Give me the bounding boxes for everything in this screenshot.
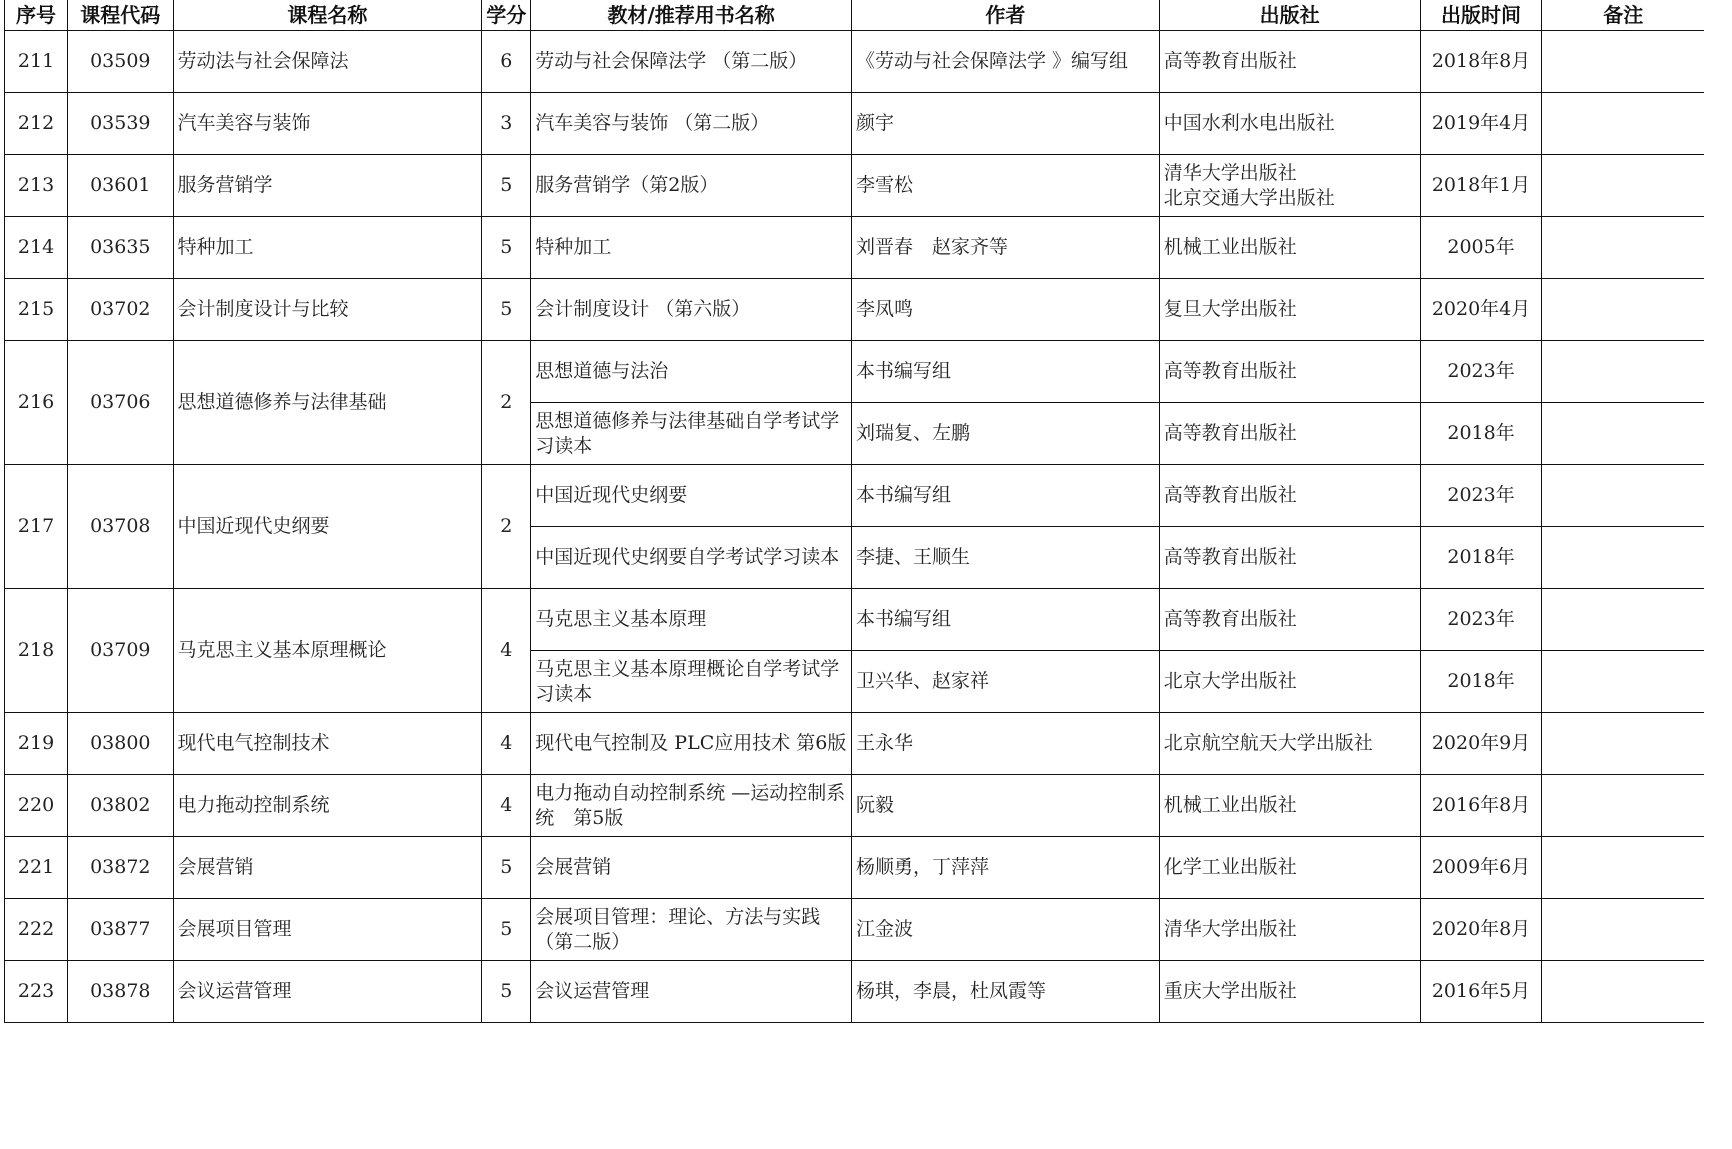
note-cell [1542,341,1704,403]
publisher-cell: 化学工业出版社 [1159,837,1420,899]
note-cell [1542,775,1704,837]
author-cell: 李雪松 [852,155,1160,217]
header-publisher: 出版社 [1159,0,1420,31]
book-title-cell: 服务营销学（第2版） [531,155,852,217]
note-cell [1542,217,1704,279]
table-row: 218 03709 马克思主义基本原理概论 4 马克思主义基本原理 本书编写组 … [5,589,1705,651]
seq-cell: 223 [5,961,68,1023]
code-cell: 03800 [68,713,173,775]
code-cell: 03702 [68,279,173,341]
date-cell: 2018年 [1420,527,1542,589]
credit-cell: 5 [482,279,531,341]
publisher-cell: 高等教育出版社 [1159,589,1420,651]
author-cell: 杨顺勇，丁萍萍 [852,837,1160,899]
note-cell [1542,403,1704,465]
seq-cell: 219 [5,713,68,775]
table-row: 216 03706 思想道德修养与法律基础 2 思想道德与法治 本书编写组 高等… [5,341,1705,403]
table-row: 219 03800 现代电气控制技术 4 现代电气控制及 PLC应用技术 第6版… [5,713,1705,775]
table-row: 211 03509 劳动法与社会保障法 6 劳动与社会保障法学 （第二版） 《劳… [5,31,1705,93]
date-cell: 2009年6月 [1420,837,1542,899]
course-cell: 服务营销学 [173,155,482,217]
publisher-cell: 重庆大学出版社 [1159,961,1420,1023]
book-title-cell: 会议运营管理 [531,961,852,1023]
publisher-cell: 高等教育出版社 [1159,465,1420,527]
date-cell: 2019年4月 [1420,93,1542,155]
seq-cell: 217 [5,465,68,589]
code-cell: 03709 [68,589,173,713]
author-cell: 颜宇 [852,93,1160,155]
note-cell [1542,93,1704,155]
publisher-cell: 机械工业出版社 [1159,775,1420,837]
table-row: 220 03802 电力拖动控制系统 4 电力拖动自动控制系统 —运动控制系统 … [5,775,1705,837]
header-author: 作者 [852,0,1160,31]
course-cell: 现代电气控制技术 [173,713,482,775]
course-cell: 会议运营管理 [173,961,482,1023]
seq-cell: 216 [5,341,68,465]
author-cell: 本书编写组 [852,341,1160,403]
header-note: 备注 [1542,0,1704,31]
author-cell: 李捷、王顺生 [852,527,1160,589]
publisher-cell: 高等教育出版社 [1159,341,1420,403]
code-cell: 03872 [68,837,173,899]
note-cell [1542,837,1704,899]
credit-cell: 4 [482,775,531,837]
book-title-cell: 现代电气控制及 PLC应用技术 第6版 [531,713,852,775]
header-code: 课程代码 [68,0,173,31]
author-cell: 刘晋春 赵家齐等 [852,217,1160,279]
date-cell: 2023年 [1420,589,1542,651]
table-row: 217 03708 中国近现代史纲要 2 中国近现代史纲要 本书编写组 高等教育… [5,465,1705,527]
course-cell: 中国近现代史纲要 [173,465,482,589]
credit-cell: 5 [482,217,531,279]
author-cell: 本书编写组 [852,589,1160,651]
note-cell [1542,899,1704,961]
header-row: 序号 课程代码 课程名称 学分 教材/推荐用书名称 作者 出版社 出版时间 备注 [5,0,1705,31]
author-cell: 本书编写组 [852,465,1160,527]
header-date: 出版时间 [1420,0,1542,31]
credit-cell: 2 [482,465,531,589]
table-row: 214 03635 特种加工 5 特种加工 刘晋春 赵家齐等 机械工业出版社 2… [5,217,1705,279]
book-title-cell: 会计制度设计 （第六版） [531,279,852,341]
date-cell: 2018年 [1420,651,1542,713]
table-row: 222 03877 会展项目管理 5 会展项目管理：理论、方法与实践（第二版） … [5,899,1705,961]
code-cell: 03878 [68,961,173,1023]
publisher-line-2: 北京交通大学出版社 [1164,186,1416,211]
note-cell [1542,279,1704,341]
table-row: 212 03539 汽车美容与装饰 3 汽车美容与装饰 （第二版） 颜宇 中国水… [5,93,1705,155]
book-title-cell: 特种加工 [531,217,852,279]
course-cell: 劳动法与社会保障法 [173,31,482,93]
date-cell: 2020年8月 [1420,899,1542,961]
note-cell [1542,713,1704,775]
seq-cell: 221 [5,837,68,899]
publisher-cell: 清华大学出版社 [1159,899,1420,961]
course-cell: 特种加工 [173,217,482,279]
note-cell [1542,589,1704,651]
date-cell: 2020年9月 [1420,713,1542,775]
note-cell [1542,465,1704,527]
publisher-cell: 复旦大学出版社 [1159,279,1420,341]
credit-cell: 4 [482,713,531,775]
table-row: 223 03878 会议运营管理 5 会议运营管理 杨琪，李晨，杜凤霞等 重庆大… [5,961,1705,1023]
note-cell [1542,31,1704,93]
code-cell: 03706 [68,341,173,465]
publisher-cell: 高等教育出版社 [1159,403,1420,465]
seq-cell: 218 [5,589,68,713]
author-cell: 江金波 [852,899,1160,961]
credit-cell: 2 [482,341,531,465]
publisher-cell: 机械工业出版社 [1159,217,1420,279]
header-credit: 学分 [482,0,531,31]
table-row: 221 03872 会展营销 5 会展营销 杨顺勇，丁萍萍 化学工业出版社 20… [5,837,1705,899]
book-title-cell: 电力拖动自动控制系统 —运动控制系统 第5版 [531,775,852,837]
book-title-cell: 劳动与社会保障法学 （第二版） [531,31,852,93]
code-cell: 03539 [68,93,173,155]
code-cell: 03601 [68,155,173,217]
book-title-cell: 中国近现代史纲要 [531,465,852,527]
table-row: 213 03601 服务营销学 5 服务营销学（第2版） 李雪松 清华大学出版社… [5,155,1705,217]
book-title-cell: 思想道德修养与法律基础自学考试学习读本 [531,403,852,465]
publisher-line-1: 清华大学出版社 [1164,161,1416,186]
note-cell [1542,961,1704,1023]
credit-cell: 5 [482,899,531,961]
date-cell: 2023年 [1420,341,1542,403]
textbook-table: 序号 课程代码 课程名称 学分 教材/推荐用书名称 作者 出版社 出版时间 备注… [4,0,1704,1023]
header-book: 教材/推荐用书名称 [531,0,852,31]
publisher-cell: 北京大学出版社 [1159,651,1420,713]
code-cell: 03877 [68,899,173,961]
code-cell: 03802 [68,775,173,837]
date-cell: 2023年 [1420,465,1542,527]
table-row: 215 03702 会计制度设计与比较 5 会计制度设计 （第六版） 李凤鸣 复… [5,279,1705,341]
book-title-cell: 会展项目管理：理论、方法与实践（第二版） [531,899,852,961]
publisher-cell: 中国水利水电出版社 [1159,93,1420,155]
credit-cell: 6 [482,31,531,93]
book-title-cell: 汽车美容与装饰 （第二版） [531,93,852,155]
header-course: 课程名称 [173,0,482,31]
date-cell: 2016年8月 [1420,775,1542,837]
seq-cell: 222 [5,899,68,961]
seq-cell: 213 [5,155,68,217]
seq-cell: 211 [5,31,68,93]
course-cell: 思想道德修养与法律基础 [173,341,482,465]
credit-cell: 5 [482,155,531,217]
author-cell: 卫兴华、赵家祥 [852,651,1160,713]
author-cell: 刘瑞复、左鹏 [852,403,1160,465]
code-cell: 03708 [68,465,173,589]
course-cell: 会计制度设计与比较 [173,279,482,341]
course-cell: 电力拖动控制系统 [173,775,482,837]
publisher-cell: 北京航空航天大学出版社 [1159,713,1420,775]
header-seq: 序号 [5,0,68,31]
date-cell: 2020年4月 [1420,279,1542,341]
code-cell: 03635 [68,217,173,279]
note-cell [1542,155,1704,217]
course-cell: 马克思主义基本原理概论 [173,589,482,713]
author-cell: 王永华 [852,713,1160,775]
date-cell: 2005年 [1420,217,1542,279]
book-title-cell: 思想道德与法治 [531,341,852,403]
author-cell: 《劳动与社会保障法学 》编写组 [852,31,1160,93]
seq-cell: 220 [5,775,68,837]
credit-cell: 5 [482,961,531,1023]
seq-cell: 212 [5,93,68,155]
course-cell: 汽车美容与装饰 [173,93,482,155]
course-cell: 会展营销 [173,837,482,899]
credit-cell: 3 [482,93,531,155]
date-cell: 2018年 [1420,403,1542,465]
author-cell: 李凤鸣 [852,279,1160,341]
credit-cell: 5 [482,837,531,899]
book-title-cell: 马克思主义基本原理概论自学考试学习读本 [531,651,852,713]
course-cell: 会展项目管理 [173,899,482,961]
seq-cell: 214 [5,217,68,279]
book-title-cell: 中国近现代史纲要自学考试学习读本 [531,527,852,589]
code-cell: 03509 [68,31,173,93]
note-cell [1542,527,1704,589]
publisher-cell: 高等教育出版社 [1159,527,1420,589]
author-cell: 阮毅 [852,775,1160,837]
publisher-cell: 高等教育出版社 [1159,31,1420,93]
date-cell: 2018年8月 [1420,31,1542,93]
date-cell: 2016年5月 [1420,961,1542,1023]
seq-cell: 215 [5,279,68,341]
publisher-cell: 清华大学出版社 北京交通大学出版社 [1159,155,1420,217]
book-title-cell: 马克思主义基本原理 [531,589,852,651]
note-cell [1542,651,1704,713]
credit-cell: 4 [482,589,531,713]
author-cell: 杨琪，李晨，杜凤霞等 [852,961,1160,1023]
book-title-cell: 会展营销 [531,837,852,899]
date-cell: 2018年1月 [1420,155,1542,217]
